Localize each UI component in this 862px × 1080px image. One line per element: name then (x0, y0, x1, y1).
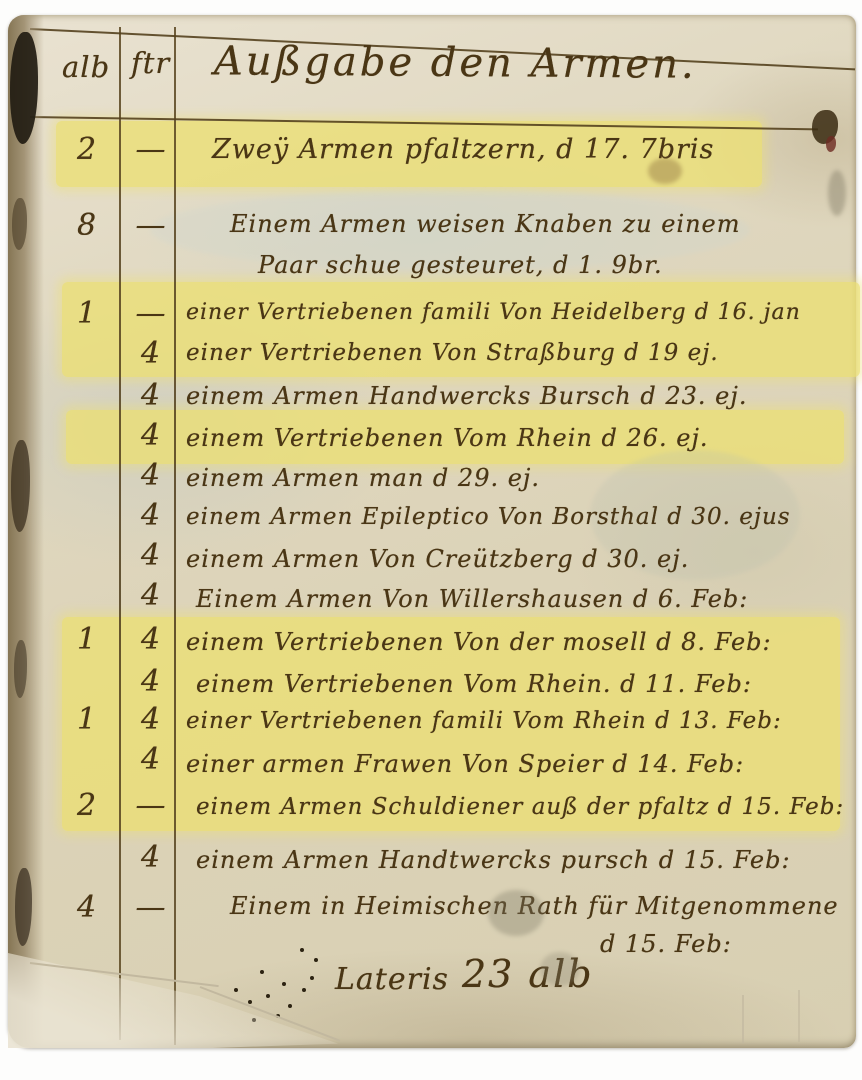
amount-alb: 1 (62, 296, 112, 331)
entry-text: Einem Armen Von Willershausen d 6. Feb: (196, 585, 748, 613)
amount-alb: 4 (62, 890, 112, 925)
column-rule-1 (119, 27, 121, 1040)
amount-alb: 2 (62, 132, 112, 167)
amount-ftr: — (126, 788, 176, 823)
stain (828, 170, 846, 216)
entry-text-cont: Paar schue gesteuret, d 1. 9br. (258, 251, 663, 279)
amount-ftr: 4 (126, 664, 176, 699)
entry-text: einem Armen Epileptico Von Borsthal d 30… (186, 504, 791, 530)
amount-ftr: 4 (126, 622, 176, 657)
page-title: Außgabe den Armen. (214, 38, 697, 87)
scanned-manuscript-page: alb ftr Außgabe den Armen. 2 — Zweÿ Arme… (0, 0, 862, 1080)
amount-ftr: — (126, 296, 176, 331)
footer-label: Lateris (335, 962, 449, 997)
stain (540, 952, 580, 986)
crease-line (742, 995, 744, 1043)
amount-alb: 2 (62, 788, 112, 823)
amount-alb: 8 (62, 208, 112, 243)
entry-text: einer Vertriebenen famili Vom Rhein d 13… (186, 708, 782, 734)
amount-ftr: — (126, 890, 176, 925)
amount-ftr: 4 (126, 336, 176, 371)
entry-text-cont: d 15. Feb: (600, 930, 732, 958)
amount-ftr: 4 (126, 498, 176, 533)
amount-ftr: 4 (126, 538, 176, 573)
entry-text: einer armen Frawen Von Speier d 14. Feb: (186, 750, 744, 778)
crease-line (798, 990, 800, 1042)
entry-text: einem Armen Von Creützberg d 30. ej. (186, 545, 689, 573)
entry-text: einem Armen Schuldiener auß der pfaltz d… (196, 794, 844, 820)
column-header-alb: alb (62, 50, 110, 84)
amount-ftr: 4 (126, 458, 176, 493)
entry-text: einem Vertriebenen Vom Rhein d 26. ej. (186, 424, 709, 452)
stain (488, 890, 544, 936)
column-header-ftr: ftr (131, 46, 170, 80)
amount-alb: 1 (62, 702, 112, 737)
amount-ftr: 4 (126, 840, 176, 875)
entry-text: einer Vertriebenen Von Straßburg d 19 ej… (186, 340, 719, 366)
entry-text: einer Vertriebenen famili Von Heidelberg… (186, 300, 801, 325)
entry-text: einem Armen Handwercks Bursch d 23. ej. (186, 382, 747, 410)
amount-ftr: — (126, 132, 176, 167)
amount-ftr: 4 (126, 578, 176, 613)
entry-text: einem Armen man d 29. ej. (186, 464, 540, 492)
amount-ftr: — (126, 208, 176, 243)
amount-ftr: 4 (126, 378, 176, 413)
amount-alb: 1 (62, 622, 112, 657)
entry-text: einem Vertriebenen Vom Rhein. d 11. Feb: (196, 670, 752, 698)
ink-speckles (300, 948, 304, 952)
amount-ftr: 4 (126, 702, 176, 737)
amount-ftr: 4 (126, 742, 176, 777)
entry-text: Zweÿ Armen pfaltzern, d 17. 7bris (212, 134, 714, 165)
stain (648, 158, 682, 184)
entry-text: einem Armen Handtwercks pursch d 15. Feb… (196, 846, 791, 874)
entry-text: Einem Armen weisen Knaben zu einem (230, 210, 741, 238)
amount-ftr: 4 (126, 418, 176, 453)
entry-text: einem Vertriebenen Von der mosell d 8. F… (186, 628, 772, 656)
